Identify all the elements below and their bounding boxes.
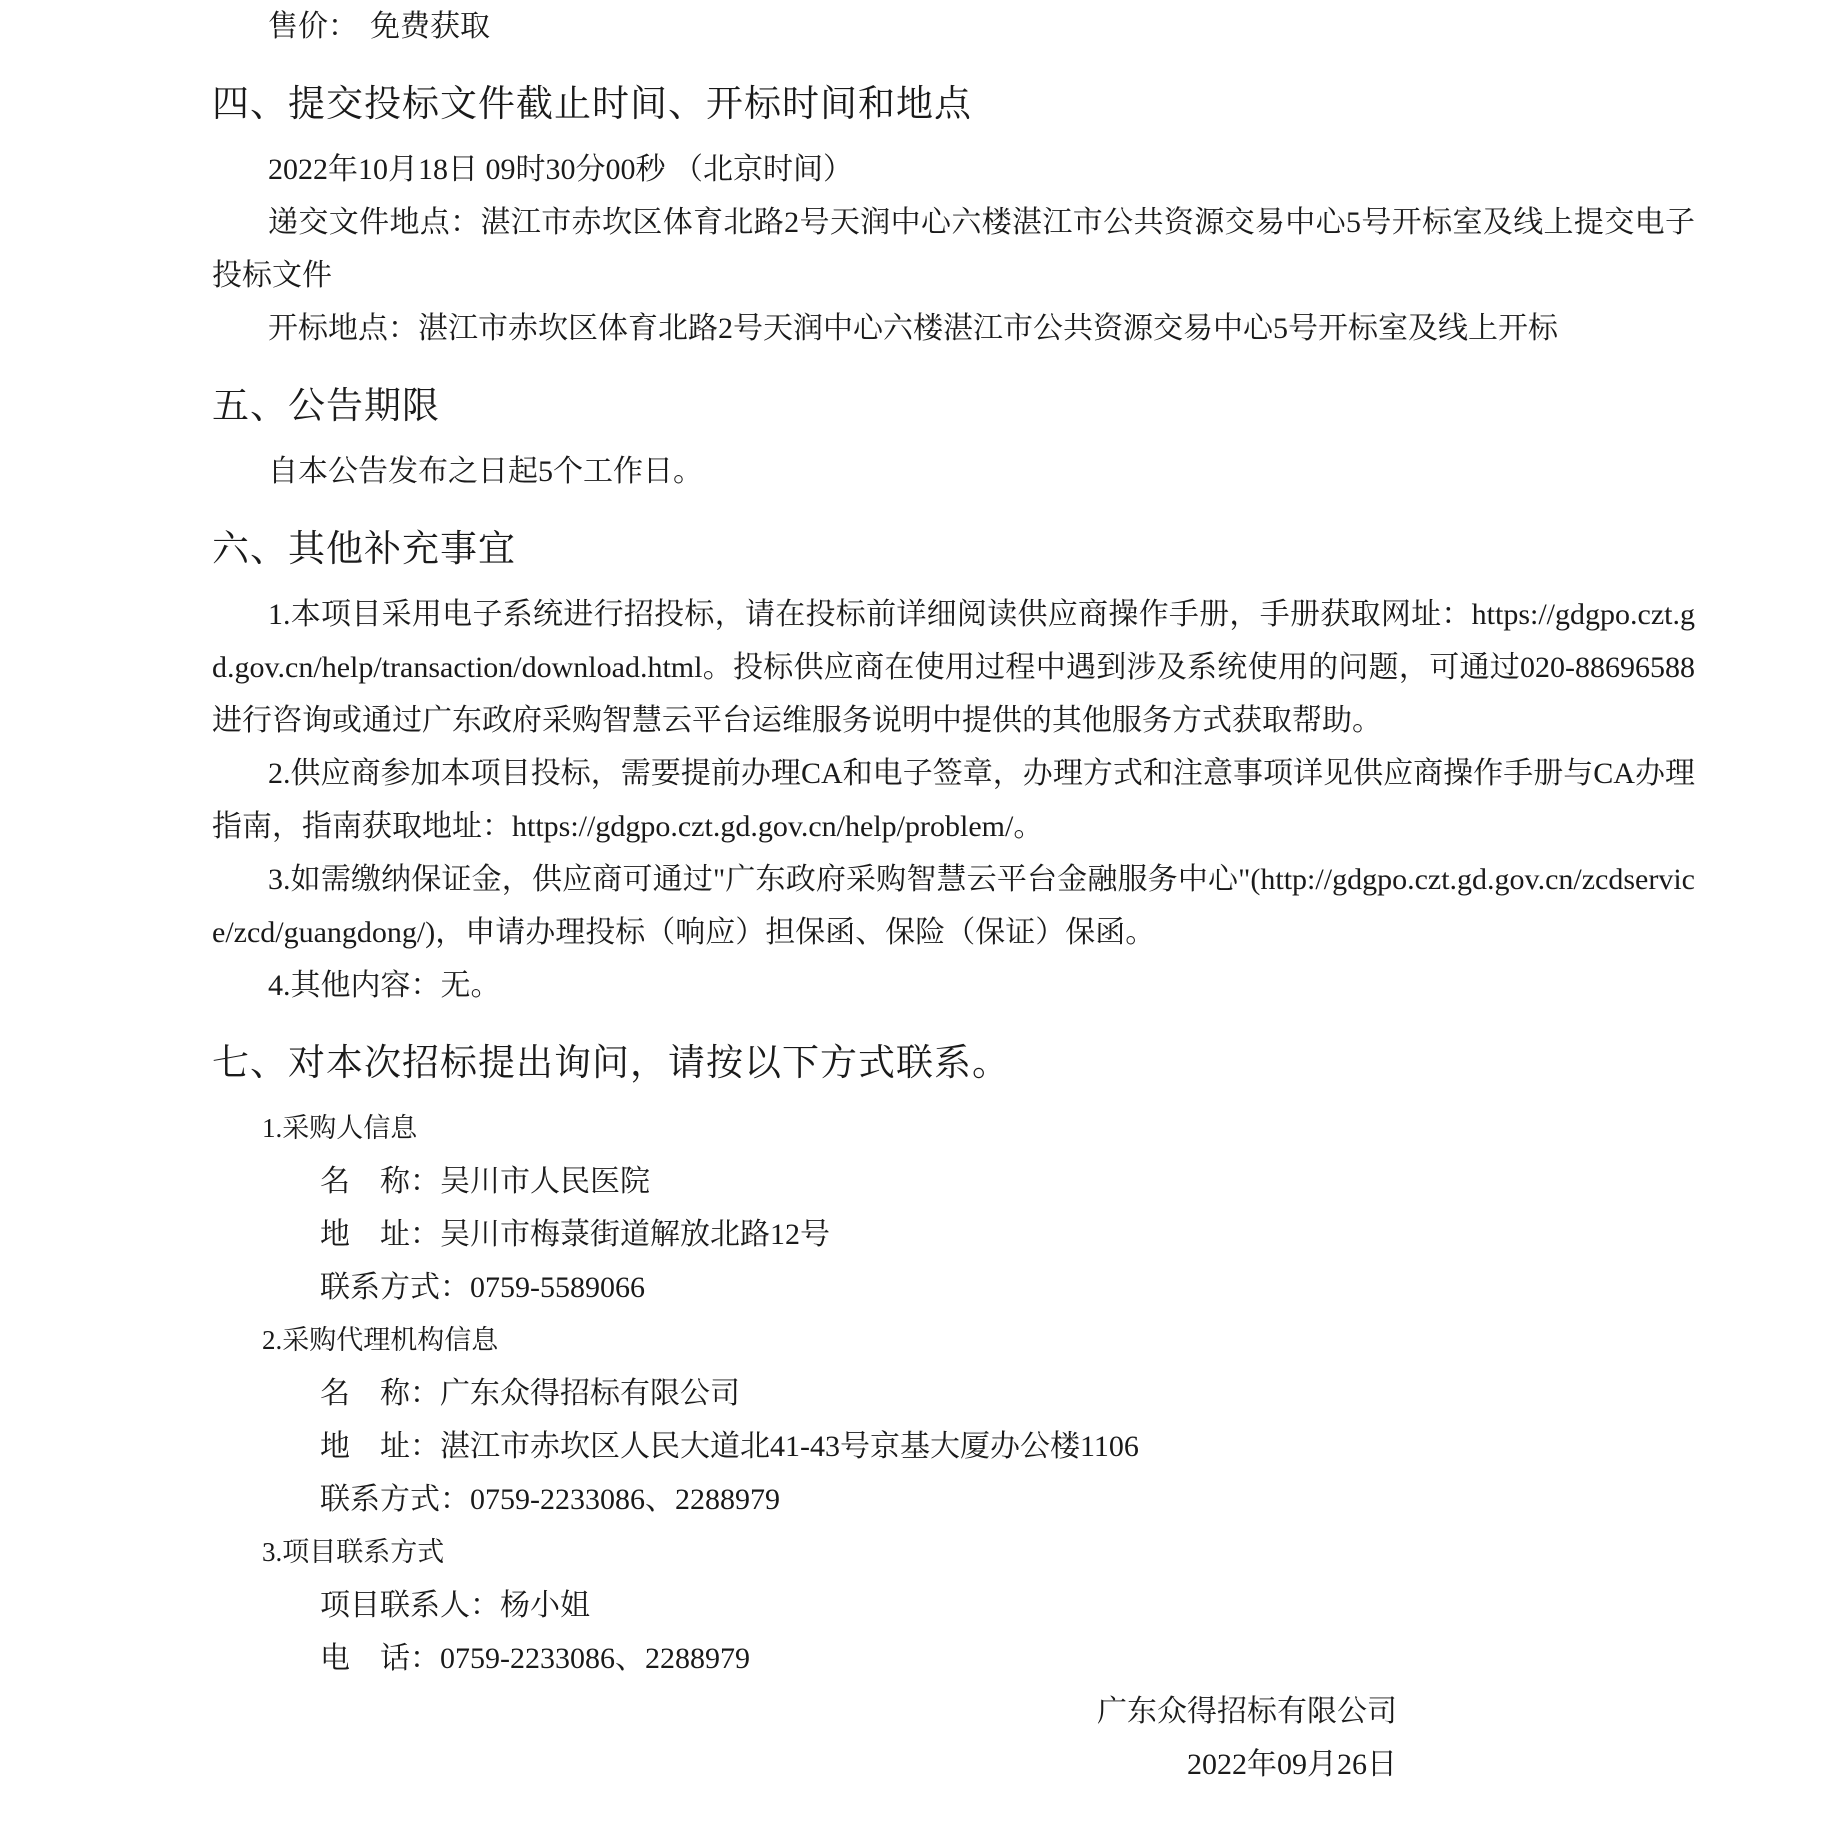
price-line: 售价：免费获取 <box>212 0 1695 53</box>
purchaser-name: 名 称：吴川市人民医院 <box>212 1155 1695 1208</box>
project-contact-group: 3.项目联系方式 项目联系人：杨小姐 电 话：0759-2233086、2288… <box>212 1526 1695 1685</box>
project-contact-phone: 电 话：0759-2233086、2288979 <box>212 1632 1695 1685</box>
supplementary-item-3: 3.如需缴纳保证金，供应商可通过"广东政府采购智慧云平台金融服务中心"(http… <box>212 853 1695 959</box>
section-4-heading: 四、提交投标文件截止时间、开标时间和地点 <box>212 77 1695 133</box>
project-contact-title: 3.项目联系方式 <box>212 1526 1695 1579</box>
signature-block: 广东众得招标有限公司 2022年09月26日 <box>212 1685 1695 1791</box>
agency-contact: 联系方式：0759-2233086、2288979 <box>212 1473 1695 1526</box>
purchaser-info-group: 1.采购人信息 名 称：吴川市人民医院 地 址：吴川市梅菉街道解放北路12号 联… <box>212 1102 1695 1314</box>
announcement-period: 自本公告发布之日起5个工作日。 <box>212 445 1695 498</box>
price-value: 免费获取 <box>370 10 490 43</box>
supplementary-item-2: 2.供应商参加本项目投标，需要提前办理CA和电子签章，办理方式和注意事项详见供应… <box>212 747 1695 853</box>
supplementary-item-1: 1.本项目采用电子系统进行招投标，请在投标前详细阅读供应商操作手册，手册获取网址… <box>212 588 1695 747</box>
project-contact-person: 项目联系人：杨小姐 <box>212 1579 1695 1632</box>
submission-location: 递交文件地点：湛江市赤坎区体育北路2号天润中心六楼湛江市公共资源交易中心5号开标… <box>212 196 1695 302</box>
section-6-heading: 六、其他补充事宜 <box>212 522 1695 578</box>
bid-opening-location: 开标地点：湛江市赤坎区体育北路2号天润中心六楼湛江市公共资源交易中心5号开标室及… <box>212 302 1695 355</box>
signature-company: 广东众得招标有限公司 <box>212 1685 1397 1738</box>
supplementary-item-4: 4.其他内容：无。 <box>212 959 1695 1012</box>
agency-info-title: 2.采购代理机构信息 <box>212 1314 1695 1367</box>
section-5-heading: 五、公告期限 <box>212 379 1695 435</box>
tender-notice-document: 售价：免费获取 四、提交投标文件截止时间、开标时间和地点 2022年10月18日… <box>0 0 1844 1791</box>
price-label: 售价： <box>268 10 358 43</box>
bid-deadline-datetime: 2022年10月18日 09时30分00秒 （北京时间） <box>212 143 1695 196</box>
section-7-heading: 七、对本次招标提出询问，请按以下方式联系。 <box>212 1036 1695 1092</box>
agency-info-group: 2.采购代理机构信息 名 称：广东众得招标有限公司 地 址：湛江市赤坎区人民大道… <box>212 1314 1695 1526</box>
agency-name: 名 称：广东众得招标有限公司 <box>212 1367 1695 1420</box>
purchaser-contact: 联系方式：0759-5589066 <box>212 1261 1695 1314</box>
signature-date: 2022年09月26日 <box>212 1738 1397 1791</box>
agency-address: 地 址：湛江市赤坎区人民大道北41-43号京基大厦办公楼1106 <box>212 1420 1695 1473</box>
purchaser-info-title: 1.采购人信息 <box>212 1102 1695 1155</box>
purchaser-address: 地 址：吴川市梅菉街道解放北路12号 <box>212 1208 1695 1261</box>
